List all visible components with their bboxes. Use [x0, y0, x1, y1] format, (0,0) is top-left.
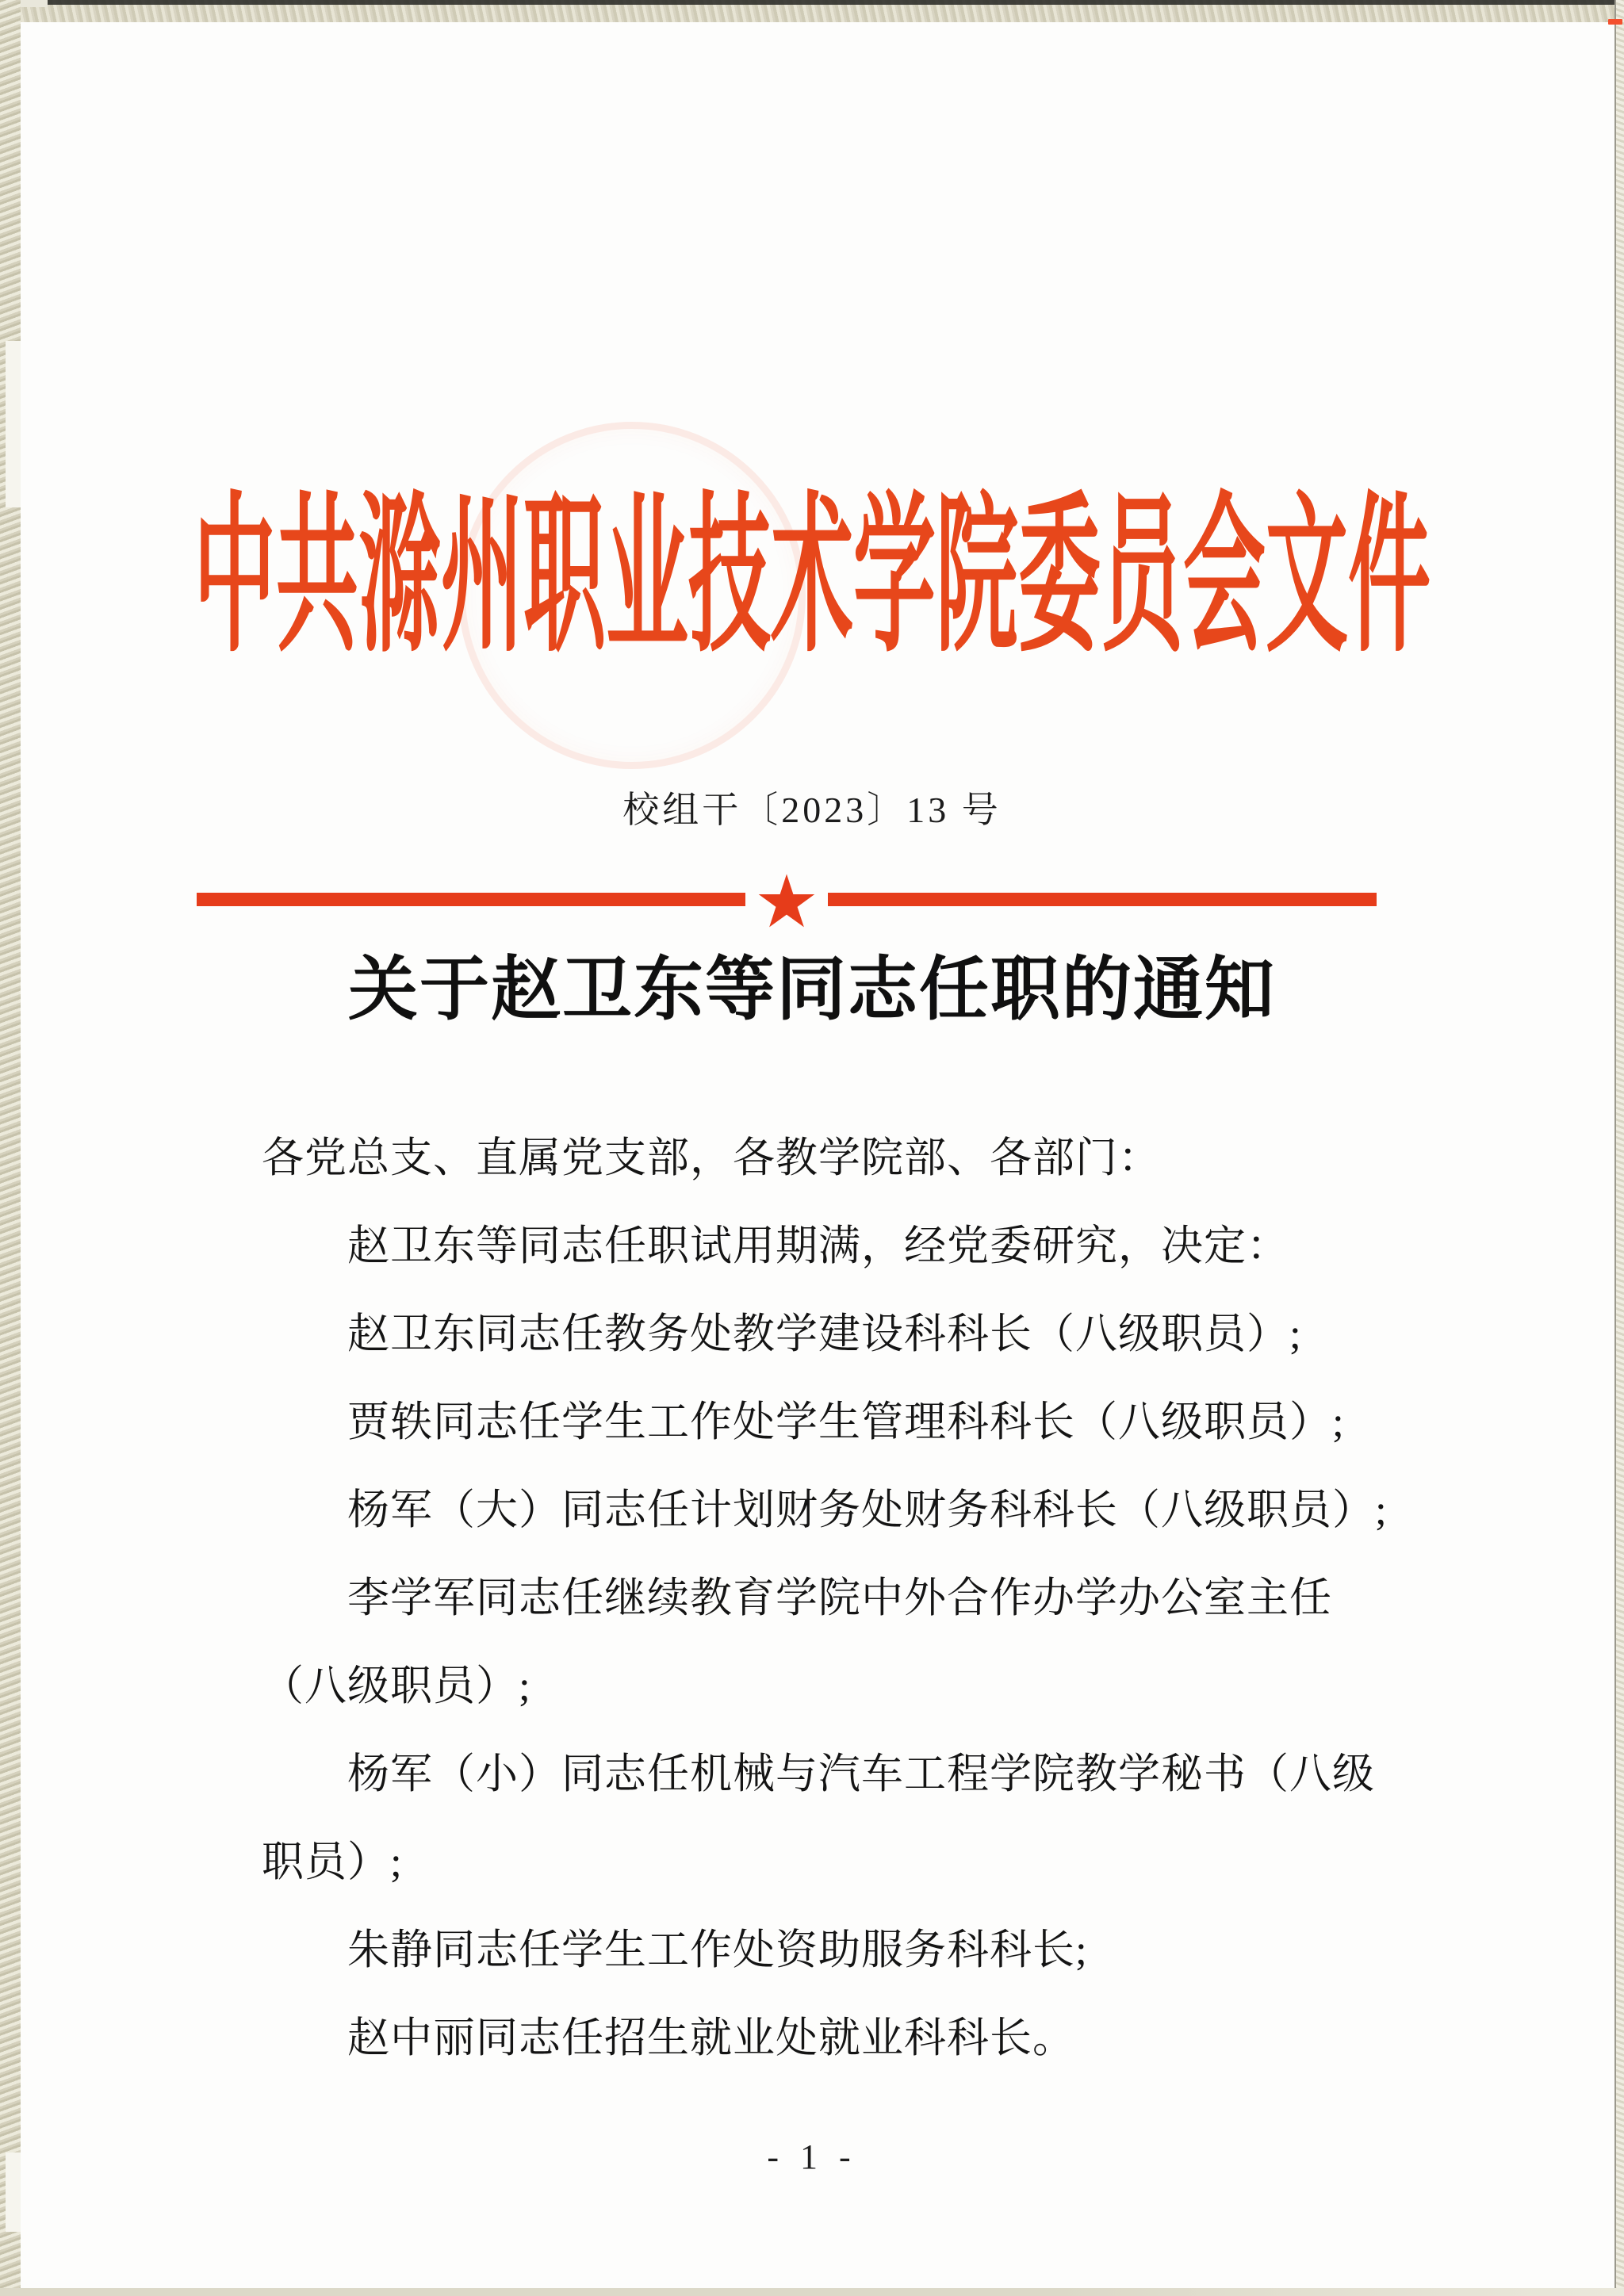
body-line: 李学军同志任继续教育学院中外合作办学办公室主任 [262, 1555, 1419, 1643]
scan-edge-bottom [0, 2288, 1624, 2296]
body-line: 赵中丽同志任招生就业处就业科科长。 [262, 1995, 1419, 2083]
star-icon: ★ [754, 866, 819, 939]
body-line: 杨军（大）同志任计划财务处财务科科长（八级职员）; [262, 1467, 1419, 1555]
body-line: 杨军（小）同志任机械与汽车工程学院教学秘书（八级 [262, 1731, 1419, 1819]
body-line: 各党总支、直属党支部，各教学院部、各部门： [262, 1115, 1419, 1203]
notice-title: 关于赵卫东等同志任职的通知 [0, 953, 1624, 1029]
body-line: （八级职员）; [262, 1643, 1419, 1731]
org-header-title: 中共滁州职业技术学院委员会文件 [0, 493, 1624, 664]
body-line: 赵卫东同志任教务处教学建设科科长（八级职员）; [262, 1291, 1419, 1379]
body-line: 赵卫东等同志任职试用期满，经党委研究，决定： [262, 1203, 1419, 1291]
doc-number: 校组干〔2023〕13 号 [0, 786, 1624, 834]
scan-edge-right [1614, 0, 1624, 2296]
body-line: 职员）; [262, 1819, 1419, 1907]
notice-body: 各党总支、直属党支部，各教学院部、各部门：赵卫东等同志任职试用期满，经党委研究，… [262, 1115, 1419, 2083]
scan-edge-top [0, 0, 1624, 22]
scan-edge-left [0, 0, 21, 2296]
body-line: 贾轶同志任学生工作处学生管理科科长（八级职员）; [262, 1379, 1419, 1467]
page-number: - 1 - [0, 2137, 1624, 2177]
red-edge-mark [1608, 19, 1622, 25]
red-rule: ★ [197, 871, 1377, 937]
body-line: 朱静同志任学生工作处资助服务科科长; [262, 1907, 1419, 1995]
